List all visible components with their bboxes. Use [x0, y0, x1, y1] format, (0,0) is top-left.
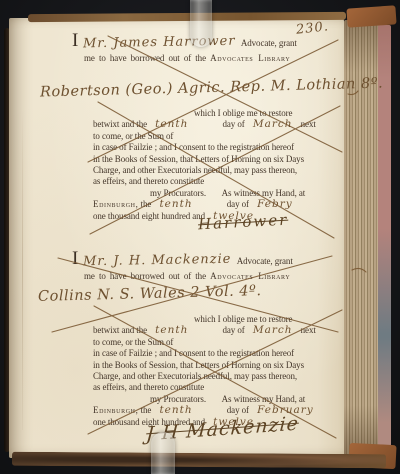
entry2-failzie1: in case of Failzie ; and I consent to th…: [93, 348, 345, 359]
entry2-city: Edinburgh,: [93, 405, 138, 415]
entry1-the: the: [141, 199, 152, 209]
entry1-day-of-2: day of: [227, 199, 249, 209]
entry1-header: I Mr. James Harrower Advocate, grant: [72, 34, 297, 50]
page-crease: [22, 110, 23, 430]
entry1-borrow-line: me to have borrowed out of the Advocates…: [84, 53, 290, 63]
photographed-register-page: 230. I Mr. James Harrower Advocate, gran…: [0, 0, 400, 474]
entry2-failzie2: in the Books of Session, that Letters of…: [93, 360, 345, 371]
entry1-grant-suffix: Advocate, grant: [241, 38, 297, 48]
entry2-betwixt-pre: betwixt and the: [93, 325, 147, 335]
entry1-city: Edinburgh,: [93, 199, 138, 209]
entry2-library-name: Advocates Library: [210, 271, 290, 281]
entry1-return-day: tenth: [149, 118, 194, 130]
entry2-opening-initial: I: [72, 252, 78, 266]
page-bottom-edge: [12, 452, 386, 469]
entry2-restore-clause: which I oblige me to restore: [93, 314, 345, 325]
entry1-failzie3: Charge, and other Executorials needful, …: [93, 165, 345, 176]
entry2-procurators: my Procurators.: [150, 394, 206, 404]
entry2-date-day: tenth: [153, 404, 198, 416]
entry1-betwixt-pre: betwixt and the: [93, 119, 147, 129]
entry2-return-day: tenth: [149, 324, 194, 336]
entry2-header: I Mr. J. H. Mackenzie Advocate, grant: [72, 252, 293, 268]
entry1-edinburgh-line: Edinburgh, the tenth day of Febry: [93, 199, 345, 210]
entry1-failzie4: as effeirs, and thereto constitute: [93, 176, 345, 187]
entry1-witness-clause: As witness my Hand, at: [222, 188, 306, 198]
entry2-next-word: next: [301, 325, 316, 335]
entry2-grant-suffix: Advocate, grant: [237, 256, 293, 266]
entry1-sum-line: to come, or the Sum of: [93, 131, 345, 142]
entry2-return-month: March: [247, 324, 299, 336]
entry1-restore-clause: which I oblige me to restore: [93, 108, 345, 119]
entry1-return-month: March: [247, 118, 299, 130]
entry1-procurators: my Procurators.: [150, 188, 206, 198]
entry1-witness-line: my Procurators. As witness my Hand, at: [93, 188, 345, 199]
entry1-date-month: Febry: [251, 198, 299, 210]
retaining-strap-top: [190, 0, 212, 47]
entry2-witness-clause: As witness my Hand, at: [222, 394, 306, 404]
entry2-betwixt-line: betwixt and the tenth day of March next: [93, 325, 345, 336]
entry1-day-of: day of: [223, 119, 245, 129]
entry2-day-of: day of: [223, 325, 245, 335]
entry1-betwixt-line: betwixt and the tenth day of March next: [93, 119, 345, 130]
entry2-day-of-2: day of: [227, 405, 249, 415]
entry2-failzie4: as effeirs, and thereto constitute: [93, 382, 345, 393]
entry2-form-body: which I oblige me to restore betwixt and…: [93, 314, 345, 428]
entry1-library-name: Advocates Library: [210, 53, 290, 63]
entry2-edinburgh-line: Edinburgh, the tenth day of February: [93, 405, 345, 416]
entry1-date-day: tenth: [153, 198, 198, 210]
leather-corner-top-right: [346, 5, 396, 27]
entry2-borrower-name: Mr. J. H. Mackenzie: [83, 252, 232, 270]
entry2-borrow-line-pre: me to have borrowed out of the: [84, 271, 206, 281]
entry1-opening-initial: I: [72, 34, 78, 48]
entry1-failzie1: in case of Failzie ; and I consent to th…: [93, 142, 345, 153]
entry1-form-body: which I oblige me to restore betwixt and…: [93, 108, 345, 222]
entry1-borrow-line-pre: me to have borrowed out of the: [84, 53, 206, 63]
entry1-borrower-name: Mr. James Harrower: [83, 34, 236, 52]
entry1-year-pre: one thousand eight hundred and: [93, 211, 205, 221]
entry2-borrow-line: me to have borrowed out of the Advocates…: [84, 271, 290, 281]
entry1-failzie2: in the Books of Session, that Letters of…: [93, 154, 345, 165]
entry2-failzie3: Charge, and other Executorials needful, …: [93, 371, 345, 382]
entry1-next-word: next: [301, 119, 316, 129]
retaining-strap-bottom: [151, 432, 175, 474]
entry2-the: the: [141, 405, 152, 415]
entry2-sum-line: to come, or the Sum of: [93, 337, 345, 348]
